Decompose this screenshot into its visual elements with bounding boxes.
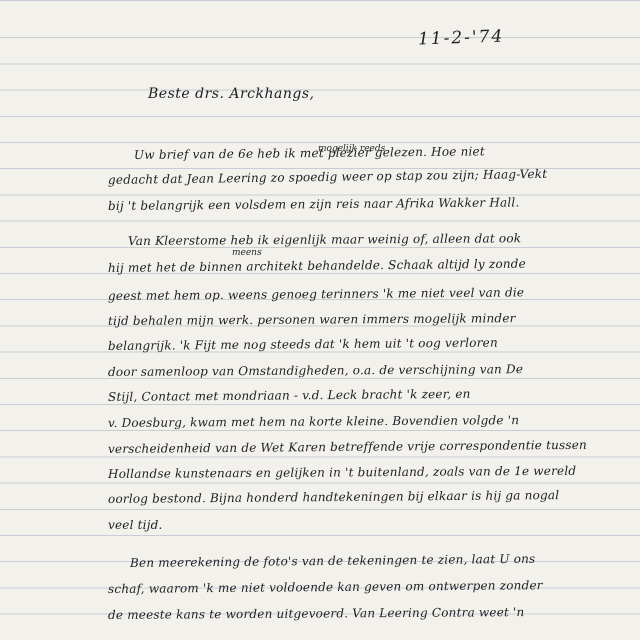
letter-line: de meeste kans te worden uitgevoerd. Van… — [108, 605, 525, 622]
letter-line: Hollandse kunstenaars en gelijken in 't … — [108, 464, 576, 481]
letter-line: Stijl, Contact met mondriaan - v.d. Leck… — [108, 387, 471, 404]
letter-line: Uw brief van de 6e heb ik met plezier ge… — [134, 144, 485, 162]
handwritten-insert: meens — [232, 248, 262, 258]
letter-line: Van Kleerstome heb ik eigenlijk maar wei… — [128, 231, 521, 248]
letter-line: Ben meerekening de foto's van de tekenin… — [130, 552, 536, 570]
letter-line: tijd behalen mijn werk. personen waren i… — [108, 311, 516, 328]
letter-line: belangrijk. 'k Fijt me nog steeds dat 'k… — [108, 336, 498, 353]
letter-line: oorlog bestond. Bijna honderd handtekeni… — [108, 488, 559, 506]
letter-line: veel tijd. — [108, 518, 163, 532]
letter-salutation: Beste drs. Arckhangs, — [148, 86, 314, 102]
letter-date: 11-2-'74 — [418, 27, 505, 50]
letter-line: geest met hem op. weens genoeg terinners… — [108, 285, 524, 303]
letter-line: v. Doesburg, kwam met hem na korte klein… — [108, 413, 519, 430]
letter-line: verscheidenheid van de Wet Karen betreff… — [108, 438, 587, 456]
letter-line: bij 't belangrijk een volsdem en zijn re… — [108, 195, 520, 213]
letter-line: hij met het de binnen architekt behandel… — [108, 257, 526, 275]
letter-line: gedacht dat Jean Leering zo spoedig weer… — [108, 167, 547, 187]
letter-page: 11-2-'74 Beste drs. Arckhangs, mogelijk … — [0, 0, 640, 640]
letter-line: schaf, waarom 'k me niet voldoende kan g… — [108, 578, 543, 596]
letter-line: door samenloop van Omstandigheden, o.a. … — [108, 362, 523, 379]
